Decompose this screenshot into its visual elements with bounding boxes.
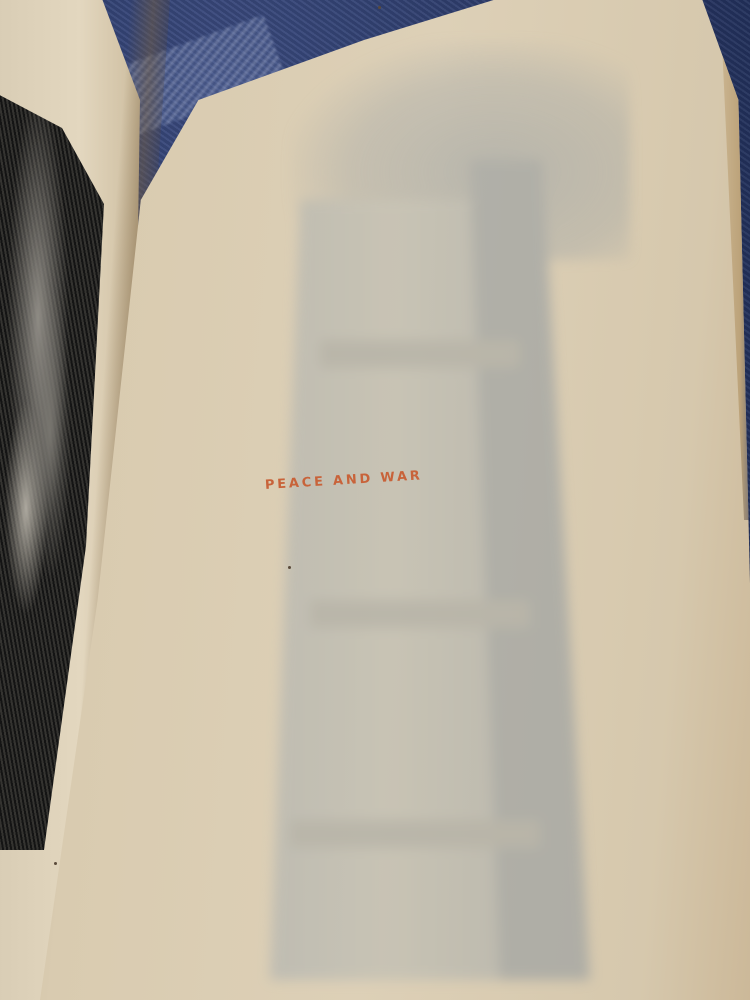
tower-band [290, 820, 540, 848]
paper-speck [54, 862, 57, 865]
tower-show-through [230, 40, 710, 1000]
tower-band [310, 600, 530, 628]
tower-band [320, 340, 520, 368]
photo-scene: PEACE AND WAR [0, 0, 750, 1000]
paper-speck [378, 6, 381, 9]
paper-speck [288, 566, 291, 569]
